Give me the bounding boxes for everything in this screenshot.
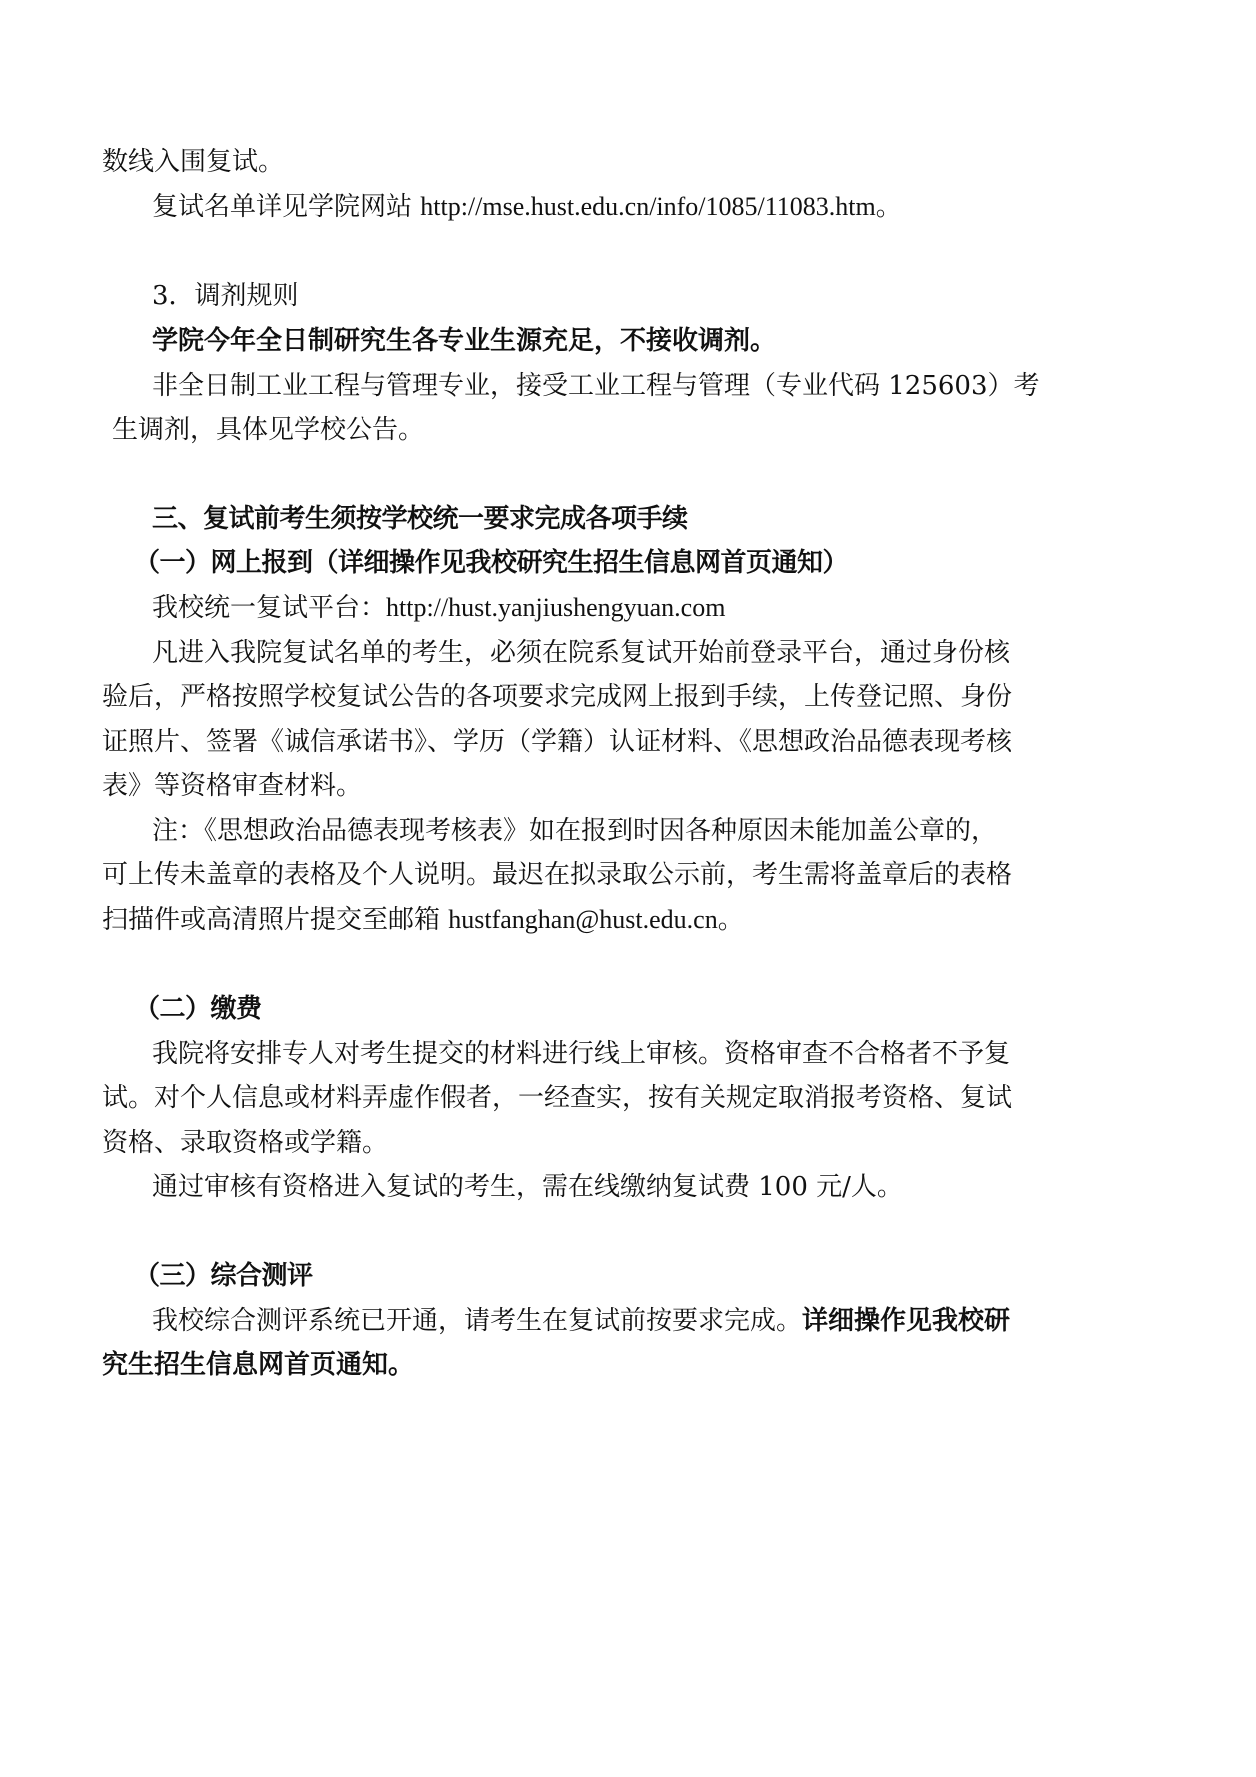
- heading-text: （一）网上报到（详细操作见我校研究生招生信息网首页通知）: [134, 548, 848, 578]
- note-paragraph-line: 扫描件或高清照片提交至邮箱 hustfanghan@hust.edu.cn。: [102, 904, 1152, 936]
- text: 我院将安排专人对考生提交的材料进行线上审核。资格审查不合格者不予复: [152, 1039, 1010, 1069]
- text: 凡进入我院复试名单的考生，必须在院系复试开始前登录平台，通过身份核: [152, 638, 1010, 668]
- text: 通过审核有资格进入复试的考生，需在线缴纳复试费 100 元/人。: [152, 1172, 903, 1202]
- payment-paragraph-line: 资格、录取资格或学籍。: [102, 1127, 1152, 1159]
- adjust-paragraph-line: 非全日制工业工程与管理专业，接受工业工程与管理（专业代码 125603）考: [152, 370, 1152, 402]
- bold-text: 详细操作见我校研: [802, 1306, 1010, 1336]
- adjust-paragraph-line: 生调剂，具体见学校公告。: [112, 414, 1162, 446]
- email-link[interactable]: hustfanghan@hust.edu.cn: [448, 905, 717, 934]
- retest-list-link[interactable]: http://mse.hust.edu.cn/info/1085/11083.h…: [420, 192, 875, 221]
- retest-list-paragraph: 复试名单详见学院网站 http://mse.hust.edu.cn/info/1…: [152, 191, 1152, 223]
- text: 表》等资格审查材料。: [102, 771, 362, 801]
- payment-fee-line: 通过审核有资格进入复试的考生，需在线缴纳复试费 100 元/人。: [152, 1171, 1152, 1203]
- note-paragraph-line: 可上传未盖章的表格及个人说明。最迟在拟录取公示前，考生需将盖章后的表格: [102, 859, 1152, 891]
- text: 我校统一复试平台：: [152, 593, 386, 623]
- section-three-heading: 三、复试前考生须按学校统一要求完成各项手续: [152, 503, 1152, 535]
- evaluation-paragraph-line: 究生招生信息网首页通知。: [102, 1349, 1152, 1381]
- heading-text: （二）缴费: [134, 994, 262, 1024]
- text: 扫描件或高清照片提交至邮箱: [102, 905, 448, 935]
- text: 注：《思想政治品德表现考核表》如在报到时因各种原因未能加盖公章的，: [152, 816, 997, 846]
- heading-text: （三）综合测评: [134, 1261, 313, 1291]
- heading-text: 三、复试前考生须按学校统一要求完成各项手续: [152, 504, 688, 534]
- note-paragraph-line: 注：《思想政治品德表现考核表》如在报到时因各种原因未能加盖公章的，: [152, 815, 1152, 847]
- platform-line: 我校统一复试平台：http://hust.yanjiushengyuan.com: [152, 592, 1152, 624]
- document-page: 数线入围复试。 复试名单详见学院网站 http://mse.hust.edu.c…: [0, 0, 1256, 1777]
- evaluation-paragraph-line: 我校综合测评系统已开通，请考生在复试前按要求完成。详细操作见我校研: [152, 1305, 1152, 1337]
- text: 资格、录取资格或学籍。: [102, 1128, 388, 1158]
- text: 验后，严格按照学校复试公告的各项要求完成网上报到手续，上传登记照、身份: [102, 682, 1012, 712]
- text: 试。对个人信息或材料弄虚作假者，一经查实，按有关规定取消报考资格、复试: [102, 1083, 1012, 1113]
- bold-text: 学院今年全日制研究生各专业生源充足，不接收调剂。: [152, 326, 776, 356]
- subsection-payment-heading: （二）缴费: [134, 993, 1184, 1025]
- text: 可上传未盖章的表格及个人说明。最迟在拟录取公示前，考生需将盖章后的表格: [102, 860, 1012, 890]
- text: 数线入围复试。: [102, 147, 284, 177]
- registration-paragraph-line: 凡进入我院复试名单的考生，必须在院系复试开始前登录平台，通过身份核: [152, 637, 1152, 669]
- text: 我校综合测评系统已开通，请考生在复试前按要求完成。: [152, 1306, 802, 1336]
- text: 证照片、签署《诚信承诺书》、学历（学籍）认证材料、《思想政治品德表现考核: [102, 727, 1012, 757]
- heading-text: 3．调剂规则: [152, 281, 299, 311]
- payment-paragraph-line: 我院将安排专人对考生提交的材料进行线上审核。资格审查不合格者不予复: [152, 1038, 1152, 1070]
- registration-paragraph-line: 证照片、签署《诚信承诺书》、学历（学籍）认证材料、《思想政治品德表现考核: [102, 726, 1152, 758]
- platform-link[interactable]: http://hust.yanjiushengyuan.com: [386, 593, 725, 622]
- subsection-evaluation-heading: （三）综合测评: [134, 1260, 1184, 1292]
- payment-paragraph-line: 试。对个人信息或材料弄虚作假者，一经查实，按有关规定取消报考资格、复试: [102, 1082, 1152, 1114]
- adjust-bold-notice: 学院今年全日制研究生各专业生源充足，不接收调剂。: [152, 325, 1152, 357]
- registration-paragraph-line: 表》等资格审查材料。: [102, 770, 1152, 802]
- text: 生调剂，具体见学校公告。: [112, 415, 424, 445]
- text: 。: [876, 192, 902, 222]
- bold-text: 究生招生信息网首页通知。: [102, 1350, 414, 1380]
- text: 。: [718, 905, 744, 935]
- text: 复试名单详见学院网站: [152, 192, 420, 222]
- subsection-online-registration-heading: （一）网上报到（详细操作见我校研究生招生信息网首页通知）: [134, 547, 1184, 579]
- text: 非全日制工业工程与管理专业，接受工业工程与管理（专业代码 125603）考: [152, 371, 1040, 401]
- registration-paragraph-line: 验后，严格按照学校复试公告的各项要求完成网上报到手续，上传登记照、身份: [102, 681, 1152, 713]
- paragraph-continuation: 数线入围复试。: [102, 146, 1152, 178]
- adjust-rules-heading: 3．调剂规则: [152, 280, 1152, 312]
